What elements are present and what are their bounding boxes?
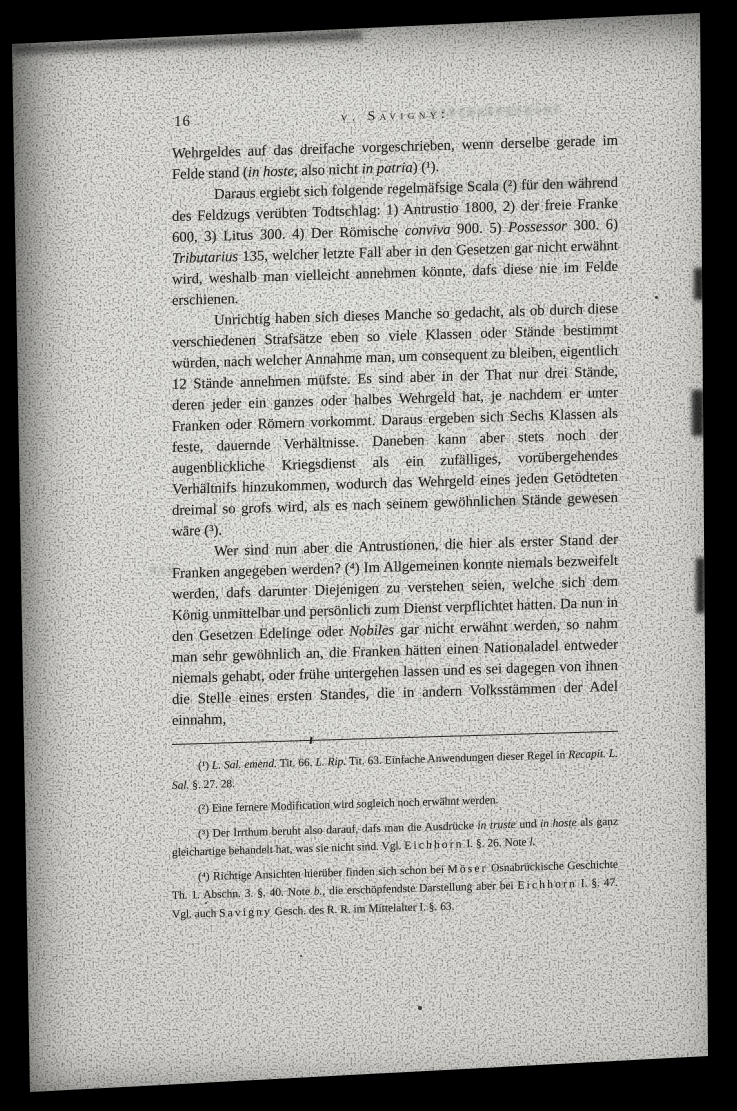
text-run: , die erschöpfendste Darstellung aber be…: [322, 880, 517, 898]
text-run: Nobiles: [349, 622, 394, 639]
text-run: und: [516, 818, 540, 831]
text-run: 300. 6): [567, 217, 618, 235]
page-number: 16: [174, 113, 191, 131]
text-run: in hoste: [248, 163, 294, 180]
text-run: (²) Eine fernere Modification wird sogle…: [198, 794, 498, 815]
text-run: 900. 5): [450, 220, 508, 238]
text-run: (¹): [198, 760, 212, 772]
ink-speck: [655, 296, 658, 299]
footnote: (³) Der Irrthum beruht also darauf, dafs…: [172, 812, 618, 862]
separator-tick: [310, 737, 313, 744]
text-run: Tit. 66.: [277, 757, 316, 770]
ink-speck: [418, 1006, 422, 1010]
text-run: 135, welcher letzte Fall aber in den Ges…: [172, 238, 618, 309]
text-run: in hoste: [540, 816, 577, 829]
text-run: §. 27. 28.: [189, 778, 235, 791]
text-run: , also nicht: [294, 161, 362, 179]
scan-edge-shadow: [12, 31, 362, 55]
footnote: (⁴) Richtige Ansichten hierüber finden s…: [172, 855, 618, 924]
text-run: in truste: [477, 818, 515, 831]
text-run: Tributarius: [172, 249, 238, 267]
text-run: ) (¹).: [413, 159, 439, 176]
text-run: I. §. 26. Note: [464, 836, 530, 850]
text-run: Tit. 63. Einfache Anwendungen dieser Reg…: [346, 749, 568, 768]
ink-speck: [300, 955, 302, 957]
scan-edge-mark: [696, 558, 705, 613]
text-run: Möser: [448, 862, 488, 875]
running-header: v. Savigny:: [341, 106, 449, 125]
text-run: Eichhorn: [518, 878, 577, 892]
text-run: Savigny: [219, 906, 272, 920]
body-paragraph: Wer sind nun aber die Antrustionen, die …: [172, 530, 618, 732]
text-run: in patria: [362, 160, 413, 178]
text-run: Daraus ergiebt sich folgende regelmäfsig…: [172, 175, 618, 246]
footnote-separator: [172, 731, 618, 745]
text-run: Unrichtig haben sich dieses Manche so ge…: [172, 301, 618, 540]
text-run: l.: [529, 836, 535, 848]
text-run: L. Sal. emend.: [212, 758, 277, 772]
body-paragraph: Daraus ergiebt sich folgende regelmäfsig…: [172, 173, 618, 312]
scan-edge-mark: [692, 390, 704, 436]
page-content: 16 v. Savigny: Wehrgeldes auf das dreifa…: [172, 99, 618, 930]
scan-edge-mark: [694, 268, 704, 300]
scan-background: 16 v. Savigny: Wehrgeldes auf das dreifa…: [0, 0, 737, 1111]
body-paragraph: Unrichtig haben sich dieses Manche so ge…: [172, 299, 618, 543]
footnote: (¹) L. Sal. emend. Tit. 66. L. Rip. Tit.…: [172, 745, 618, 795]
footnotes: (¹) L. Sal. emend. Tit. 66. L. Rip. Tit.…: [172, 745, 618, 924]
body-text: Wehrgeldes auf das dreifache vorgeschrie…: [172, 131, 618, 732]
text-run: (³) Der Irrthum beruht also darauf, dafs…: [198, 819, 477, 839]
text-run: Possessor: [508, 218, 567, 236]
text-run: L. Rip.: [315, 756, 346, 769]
text-run: Eichhorn: [404, 838, 463, 852]
text-run: conviva: [405, 222, 451, 239]
text-run: (⁴) Richtige Ansichten hierüber finden s…: [198, 863, 448, 882]
text-run: Gesch. des R. R. im Mittelalter I. §. 63…: [272, 900, 455, 917]
page-header: 16 v. Savigny:: [172, 99, 618, 132]
book-page: 16 v. Savigny: Wehrgeldes auf das dreifa…: [0, 0, 737, 1111]
